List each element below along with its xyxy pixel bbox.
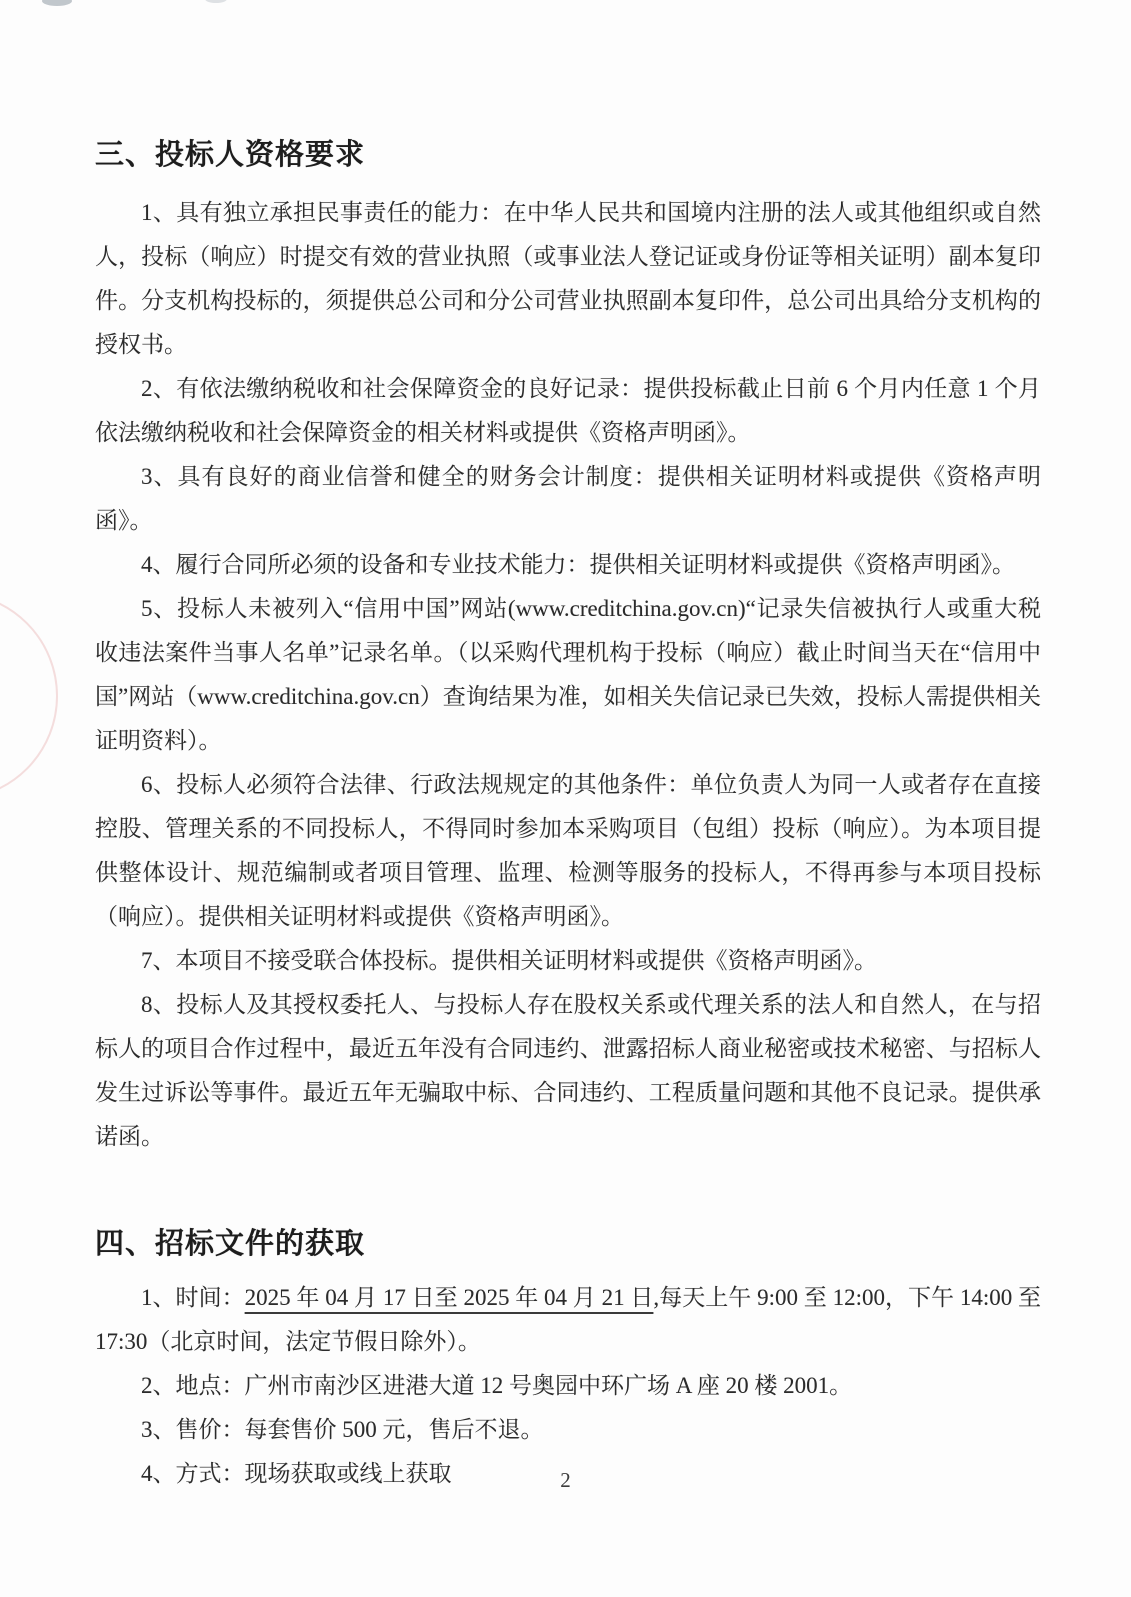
- scan-smudge: [205, 0, 227, 3]
- qualification-item-7: 7、本项目不接受联合体投标。提供相关证明材料或提供《资格声明函》。: [95, 939, 1041, 983]
- qualification-item-5: 5、投标人未被列入“信用中国”网站(www.creditchina.gov.cn…: [95, 587, 1041, 763]
- qualification-item-8: 8、投标人及其授权委托人、与投标人存在股权关系或代理关系的法人和自然人，在与招标…: [95, 983, 1041, 1159]
- acquisition-item-time: 1、时间：2025 年 04 月 17 日至 2025 年 04 月 21 日,…: [95, 1276, 1041, 1364]
- scan-smudge: [42, 0, 72, 6]
- acquisition-time-dates-underlined: 2025 年 04 月 17 日至 2025 年 04 月 21 日: [245, 1285, 654, 1310]
- qualification-item-3: 3、具有良好的商业信誉和健全的财务会计制度：提供相关证明材料或提供《资格声明函》…: [95, 455, 1041, 543]
- qualification-item-1: 1、具有独立承担民事责任的能力：在中华人民共和国境内注册的法人或其他组织或自然人…: [95, 191, 1041, 367]
- acquisition-item-location: 2、地点：广州市南沙区进港大道 12 号奥园中环广场 A 座 20 楼 2001…: [95, 1364, 1041, 1408]
- document-page: 三、投标人资格要求 1、具有独立承担民事责任的能力：在中华人民共和国境内注册的法…: [0, 0, 1131, 1597]
- qualification-item-4: 4、履行合同所必须的设备和专业技术能力：提供相关证明材料或提供《资格声明函》。: [95, 543, 1041, 587]
- page-number: 2: [0, 1468, 1131, 1493]
- qualification-item-2: 2、有依法缴纳税收和社会保障资金的良好记录：提供投标截止日前 6 个月内任意 1…: [95, 367, 1041, 455]
- section-heading-document-acquisition: 四、招标文件的获取: [95, 1221, 1041, 1262]
- section-heading-bidder-qualification: 三、投标人资格要求: [95, 132, 1041, 173]
- qualification-item-6: 6、投标人必须符合法律、行政法规规定的其他条件：单位负责人为同一人或者存在直接控…: [95, 763, 1041, 939]
- acquisition-time-prefix: 1、时间：: [141, 1285, 245, 1310]
- stamp-bleed-arc: [0, 592, 58, 800]
- acquisition-item-price: 3、售价：每套售价 500 元，售后不退。: [95, 1408, 1041, 1452]
